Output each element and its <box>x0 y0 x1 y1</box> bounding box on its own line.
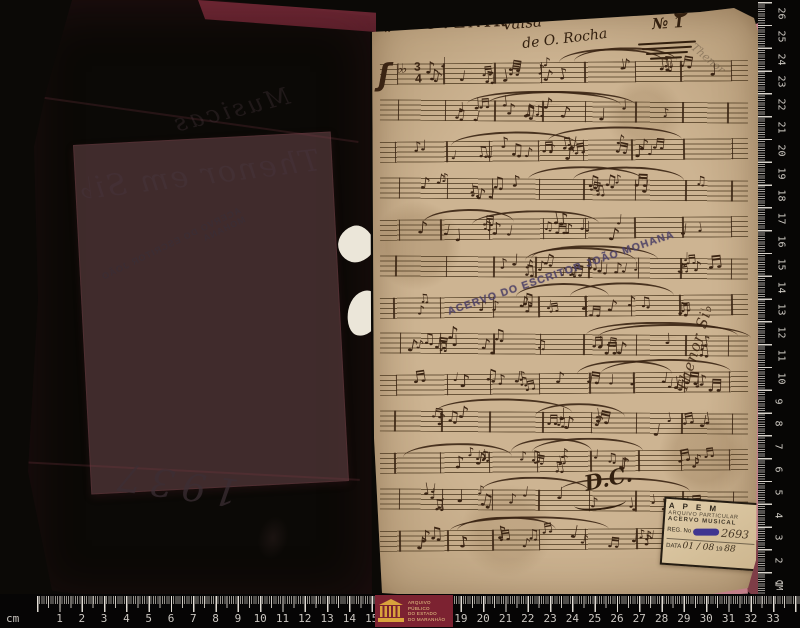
note-glyph: ♪ <box>579 533 590 547</box>
ruler-number: 2 <box>773 558 784 564</box>
barline <box>398 99 400 120</box>
note-glyph: ♫ <box>491 175 506 192</box>
barline <box>395 142 397 163</box>
note-glyph: ♫ <box>418 292 431 306</box>
note-glyph: ♫ <box>452 106 468 123</box>
archival-scan-photo: Musicas Thenor em Si♭ ACERVO DO ESCRITOR… <box>0 0 800 628</box>
note-glyph: ♪ <box>524 102 536 120</box>
staff-system: ♩♪♬♫♪♫♪♬♬♪♪♪♩♫♫♪ <box>380 294 748 319</box>
barline <box>731 60 733 81</box>
barline <box>729 449 731 470</box>
note-glyph: ♬ <box>507 58 523 76</box>
ruler-number: 4 <box>773 512 784 518</box>
ruler-number: 8 <box>212 612 219 625</box>
note-glyph: ♩ <box>608 373 615 387</box>
staff-system: ♪♩♩♬♪♬♩♫♫♪♩♩♪♩♪♬♬♪♪♫♪ <box>380 138 748 163</box>
ruler-number: 7 <box>773 444 784 450</box>
ink-scribble <box>673 6 689 19</box>
ruler-number: 3 <box>773 535 784 541</box>
note-glyph: ♪ <box>661 106 671 119</box>
note-glyph: ♪ <box>498 257 509 272</box>
note-glyph: ♩ <box>651 421 662 439</box>
barline <box>731 216 733 237</box>
ruler-unit-label: cm <box>6 612 19 625</box>
ruler-number: 10 <box>254 612 267 625</box>
note-glyph: ♩ <box>702 410 713 428</box>
ruler-number: 10 <box>776 372 787 384</box>
time-signature: 4 <box>415 71 422 85</box>
note-glyph: ♩ <box>439 56 446 70</box>
note-glyph: ♩ <box>593 450 600 463</box>
barline <box>393 297 395 318</box>
barline <box>447 375 449 396</box>
barline <box>492 530 494 551</box>
ruler-number: 26 <box>610 612 623 625</box>
music-staves: ʃ♭♭34♫♪♫♪♩♪♬♩♪♪♩♬♪♩♬♪♪♩♫♩♬♩♩♩♫♪♬♩♩♫♫♪♪♪♪… <box>380 54 748 560</box>
ruler-number: 3 <box>101 612 108 625</box>
ruler-number: 23 <box>776 76 787 88</box>
ruler-number: 14 <box>343 612 356 625</box>
barline <box>638 450 640 471</box>
barline <box>446 256 448 277</box>
barline <box>399 219 401 240</box>
treble-clef: ʃ <box>378 58 391 93</box>
ruler-number: 23 <box>543 612 556 625</box>
note-glyph: ♪ <box>558 104 572 122</box>
note-glyph: ♪ <box>606 297 619 315</box>
note-glyph: ♬ <box>547 301 560 315</box>
label-year-prefix: 19 <box>716 546 723 552</box>
note-glyph: ♩ <box>511 252 520 269</box>
ruler-number: 29 <box>677 612 690 625</box>
note-glyph: ♩ <box>708 62 717 80</box>
slur-arc <box>403 443 512 458</box>
ruler-number: 14 <box>776 281 787 293</box>
note-glyph: ♩ <box>442 223 452 240</box>
barline <box>447 530 449 551</box>
ruler-number: 13 <box>320 612 333 625</box>
note-glyph: ♩ <box>504 224 513 240</box>
barline <box>635 61 637 82</box>
note-glyph: ♪ <box>693 261 702 275</box>
note-glyph: ♩ <box>620 261 629 276</box>
note-glyph: ♪ <box>563 146 575 164</box>
barline <box>731 258 733 279</box>
barline <box>731 294 733 315</box>
note-glyph: ♪ <box>458 373 470 391</box>
barline <box>727 336 729 357</box>
slur-arc <box>547 126 681 141</box>
ruler-number: 32 <box>744 612 757 625</box>
ruler-number: 5 <box>773 489 784 495</box>
ruler-number: 33 <box>766 612 779 625</box>
ruler-number: 20 <box>776 144 787 156</box>
barline <box>399 177 401 198</box>
ruler-number: 22 <box>521 612 534 625</box>
ruler-number: 21 <box>776 121 787 133</box>
note-glyph: ♬ <box>606 536 620 552</box>
note-glyph: ♬ <box>706 254 724 273</box>
note-glyph: ♪ <box>691 457 700 471</box>
ruler-unit-label: CM <box>773 580 783 591</box>
note-glyph: ♫ <box>536 339 548 352</box>
note-glyph: ♪ <box>415 339 425 352</box>
ruler-number: 1 <box>56 612 63 625</box>
note-glyph: ♩ <box>456 489 465 507</box>
note-glyph: ♩ <box>679 221 688 238</box>
barline <box>727 102 729 123</box>
note-glyph: ♫ <box>492 328 507 344</box>
note-glyph: ♬ <box>679 301 692 315</box>
ruler-number: 7 <box>190 612 197 625</box>
staff-system: ♫♪♪♩♪♫♫♪♪♫♫♩♫♩♬♬♪ <box>380 177 748 201</box>
barline <box>538 490 540 511</box>
ruler-number: 9 <box>773 398 784 404</box>
note-glyph: ♩ <box>598 107 607 125</box>
note-glyph: ♫ <box>638 296 652 311</box>
note-glyph: ♫ <box>483 367 499 385</box>
note-glyph: ♩ <box>628 374 636 389</box>
label-date-value: 01 / 08 <box>682 541 714 553</box>
barline <box>440 297 442 318</box>
note-glyph: ♪ <box>432 71 444 87</box>
note-glyph: ♬ <box>480 66 493 80</box>
staff-system: ♩♪♩♪♪♬♩♪♪♪♫♪♬♫♩♪♬♪♫♪♫ <box>380 449 748 474</box>
note-glyph: ♪ <box>508 492 517 506</box>
barline <box>538 296 540 317</box>
staff-system: ♬♫♩♪♩♪♪♬♫♩♩♬♩♪♩♬ <box>380 411 748 435</box>
note-glyph: ♪ <box>412 140 422 155</box>
barline <box>732 414 734 435</box>
ink-underline <box>638 40 696 45</box>
note-glyph: ♩ <box>450 334 458 350</box>
barline <box>729 372 731 393</box>
ruler-number: 27 <box>633 612 646 625</box>
barline <box>583 335 585 356</box>
note-glyph: ♩ <box>696 222 704 236</box>
ruler-number: 6 <box>773 466 784 472</box>
barline <box>446 141 448 162</box>
ruler-number: 4 <box>123 612 130 625</box>
note-glyph: ♬ <box>674 448 692 468</box>
note-glyph: ♩ <box>458 69 467 85</box>
barline <box>445 100 447 121</box>
note-glyph: ♬ <box>603 342 618 359</box>
ruler-number: 20 <box>477 612 490 625</box>
music-manuscript-page: „SOUVENIR” Valsa de O. Rocha № 1 Thenor … <box>370 8 762 602</box>
note-glyph: ♩ <box>631 499 638 514</box>
manuscript-subtitle-genre: Valsa <box>501 12 542 33</box>
ruler-number: 16 <box>776 235 787 247</box>
ruler-number: 17 <box>776 213 787 225</box>
barline <box>636 413 638 434</box>
note-glyph: ♩ <box>450 149 458 162</box>
ruler-number: 11 <box>276 612 289 625</box>
staff-system: ♩♩♩♫♪♬♩♩♫♫♪♪♪♪♩ <box>380 99 748 123</box>
barline <box>682 102 684 123</box>
archive-logo-text-line: DO MARANHÃO <box>408 617 445 623</box>
pink-folder-cover: Musicas Thenor em Si♭ ACERVO DO ESCRITOR… <box>20 0 382 612</box>
note-glyph: ♪ <box>441 171 449 184</box>
ruler-number: 25 <box>588 612 601 625</box>
ruler-number: 21 <box>499 612 512 625</box>
note-glyph: ♬ <box>678 54 695 73</box>
note-glyph: ♪ <box>642 533 653 549</box>
note-glyph: ♬ <box>680 411 696 429</box>
note-glyph: ♩ <box>665 412 673 426</box>
barline <box>685 180 687 201</box>
note-glyph: ♬ <box>587 303 602 319</box>
barline <box>732 138 734 159</box>
horizontal-ruler: cm 1234567891011121314151617181920212223… <box>0 594 800 628</box>
ink-stamp-blob <box>693 529 719 536</box>
note-glyph: ♩ <box>632 260 638 272</box>
note-glyph: ♫ <box>437 341 450 355</box>
ruler-number: 15 <box>776 258 787 270</box>
label-date-prefix: DATA <box>666 543 681 550</box>
ruler-number: 31 <box>722 612 735 625</box>
barline <box>489 412 491 433</box>
note-glyph: ♫ <box>527 529 540 543</box>
note-glyph: ♪ <box>554 370 565 386</box>
note-glyph: ♫ <box>517 375 529 388</box>
ruler-number: 19 <box>454 612 467 625</box>
barline <box>395 255 397 276</box>
ruler-number: 22 <box>776 99 787 111</box>
note-glyph: ♪ <box>606 225 621 245</box>
barline <box>493 256 495 277</box>
note-glyph: ♬ <box>702 447 716 462</box>
barline <box>399 333 401 354</box>
archive-registration-label: A P E M ARQUIVO PARTICULAR ACERVO MUSICA… <box>660 497 763 572</box>
note-glyph: ♪ <box>562 415 576 434</box>
torn-paper-patch <box>333 221 379 267</box>
barline <box>399 489 401 510</box>
ruler-number: 12 <box>776 327 787 339</box>
barline <box>731 180 733 201</box>
ruler-number: 11 <box>776 349 787 361</box>
ruler-number: 5 <box>145 612 152 625</box>
label-year-value: 88 <box>724 544 736 555</box>
barline <box>394 453 396 474</box>
archive-logo-text: ARQUIVOPÚBLICODO ESTADODO MARANHÃO <box>408 600 445 622</box>
slur-arc <box>449 515 609 531</box>
barline <box>634 217 636 238</box>
ink-smudge <box>253 513 293 563</box>
note-glyph: ♩ <box>454 227 463 245</box>
ruler-number: 19 <box>776 167 787 179</box>
note-glyph: ♪ <box>510 172 522 189</box>
slur-arc <box>586 321 738 336</box>
barline <box>635 335 637 356</box>
staff-system: ♩♪♪♫♩♩♫♩♪♩♩♩♬♪♩♪♩♬ <box>380 216 748 241</box>
ruler-major-ticks <box>758 2 772 596</box>
manuscript-title: „SOUVENIR” <box>384 12 520 35</box>
label-reg-prefix: REG. No <box>667 526 691 534</box>
barline <box>539 179 541 200</box>
note-glyph: ♬ <box>532 454 546 469</box>
ruler-number: 2 <box>78 612 85 625</box>
ruler-number: 8 <box>773 421 784 427</box>
barline <box>397 64 399 85</box>
label-reg-number: 2693 <box>721 527 750 542</box>
barline <box>394 411 396 432</box>
barline <box>683 139 685 160</box>
ruler-number: 25 <box>776 30 787 42</box>
note-glyph: ♪ <box>419 175 431 192</box>
ruler-number: 24 <box>566 612 579 625</box>
barline <box>584 62 586 83</box>
barline <box>399 531 401 552</box>
ruler-number: 30 <box>700 612 713 625</box>
ruler-number: 26 <box>776 7 787 19</box>
note-glyph: ♩ <box>486 144 494 160</box>
note-glyph: ♩ <box>649 494 657 508</box>
slur-arc <box>569 281 673 296</box>
staff-system: ʃ♭♭34♫♪♫♪♩♪♬♩♪♪♩♬♪♩♬♪♪♩♫♩♬ <box>380 60 748 85</box>
vertical-ruler: 1234567891011121314151617181920212223242… <box>758 0 800 596</box>
ruler-number: 13 <box>776 304 787 316</box>
barline <box>631 139 633 160</box>
note-glyph: ♩ <box>630 529 639 546</box>
note-glyph: ♪ <box>557 65 570 82</box>
archive-logo: ARQUIVOPÚBLICODO ESTADODO MARANHÃO <box>375 595 453 627</box>
ruler-number: 6 <box>168 612 175 625</box>
ruler-number: 28 <box>655 612 668 625</box>
barline <box>539 374 541 395</box>
note-glyph: ♪ <box>697 373 709 389</box>
barline <box>396 375 398 396</box>
note-glyph: ♩ <box>579 294 590 313</box>
ruler-number: 9 <box>235 612 242 625</box>
note-glyph: ♪ <box>415 536 428 555</box>
ruler-number: 18 <box>776 190 787 202</box>
ruler-number: 24 <box>776 53 787 65</box>
note-glyph: ♪ <box>626 294 636 309</box>
ruler-number: 12 <box>298 612 311 625</box>
note-glyph: ♪ <box>519 452 527 465</box>
archive-building-icon <box>377 599 405 623</box>
note-glyph: ♬ <box>410 369 427 387</box>
note-glyph: ♫ <box>695 176 707 189</box>
